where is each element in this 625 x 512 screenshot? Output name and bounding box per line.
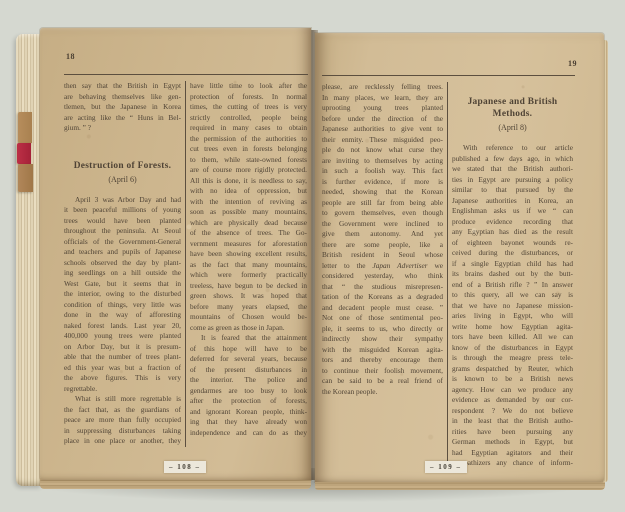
text-line: ple, it seems to us, who directly or	[322, 324, 443, 335]
text-segment: produce evidence recording that	[452, 217, 573, 226]
text-segment: ple, it seems to us, who directly or	[322, 324, 443, 333]
text-line: produce evidence recording that	[452, 217, 573, 228]
text-line: trees would have been planted	[64, 216, 181, 227]
text-segment: What is still more regrettable is	[75, 394, 181, 403]
text-line: and decadent people must cease. ”	[322, 303, 443, 314]
book-photo-scene: 18 then say that the British in Egyptare…	[0, 0, 625, 512]
text-segment: schools observed the day by plant-	[64, 258, 181, 267]
text-segment: regrettable.	[64, 384, 97, 393]
header-rule	[64, 74, 308, 75]
text-line: tors and thereby encourage them	[322, 355, 443, 366]
text-segment: aries living in Egypt, who will	[452, 311, 573, 320]
text-line: the Korean people.	[322, 387, 443, 398]
text-segment: (April 8)	[498, 123, 526, 132]
footer-page-label: – 109 –	[425, 461, 467, 473]
text-segment: throughout the peninsula. At Seoul	[64, 226, 181, 235]
red-bookmark-tab	[17, 143, 31, 164]
folio-number: 18	[66, 52, 75, 61]
text-line: treeless, have begun to be decked in	[190, 281, 307, 292]
text-segment: there are some people, like a	[322, 240, 443, 249]
text-line: have been showing excellent results,	[190, 249, 307, 260]
text-segment: ceived during the disturbances, or	[452, 248, 573, 257]
text-line: officials of the Government-General	[64, 237, 181, 248]
text-line: Englishman asks us if we “ can	[452, 206, 573, 217]
heading: Japanese and BritishMethods.	[452, 96, 573, 120]
text-segment: the Korean people.	[322, 387, 377, 396]
text-segment: trees would have been planted	[64, 216, 181, 225]
text-line: letter to the Japan Advertiser we	[322, 261, 443, 272]
text-segment: able that the number of trees plant-	[64, 352, 181, 361]
text-segment: with the intention of reviving as	[190, 197, 307, 206]
folio-number: 19	[568, 59, 577, 68]
text-segment: agency. How can we produce any	[452, 385, 573, 394]
text-line: any Egyptian has died as the result	[452, 227, 573, 238]
text-line: ties in Egypt are pursuing a policy	[452, 175, 573, 186]
text-segment: April 3 was Arbor Day and had	[75, 195, 181, 204]
text-line: with no idea of oppression, but	[190, 186, 307, 197]
text-segment: the permission of the authorities to	[190, 134, 307, 143]
left-page: 18 then say that the British in Egyptare…	[40, 28, 311, 480]
text-segment: to continue their foolish movement,	[322, 366, 443, 375]
text-line: the interior. The police and	[190, 375, 307, 386]
text-segment: Japanese and British	[468, 97, 558, 107]
text-segment: give them autonomy. And yet	[322, 229, 443, 238]
text-line: are of course more rigidly protected.	[190, 165, 307, 176]
text-segment: done in the way of afforesting	[64, 310, 181, 319]
page-column: have little time to look after theprotec…	[190, 81, 307, 447]
text-line: aries living in Egypt, who will	[452, 311, 573, 322]
text-segment: tors have been killed. All we can	[452, 332, 573, 341]
text-line: It is feared that the attainment	[190, 333, 307, 344]
text-line: tation of the Koreans as a degraded	[322, 292, 443, 303]
text-segment: are inviting to themselves by acting	[322, 156, 443, 165]
text-segment: we stated that the British authori-	[452, 164, 573, 173]
text-line: its brains dashed out by the butt-	[452, 269, 573, 280]
text-segment: ple do not know what curse they	[322, 145, 443, 154]
text-segment: in the least that the British autho-	[452, 416, 573, 425]
text-line: on Arbor Day, but it is presum-	[64, 342, 181, 353]
text-line: indirectly show their sympathy	[322, 334, 443, 345]
italic-text: Japan Advertiser	[372, 261, 427, 270]
text-line: Destruction of Forests.	[64, 160, 181, 172]
left-page-edge-stack	[16, 34, 42, 486]
text-segment: naked forest lands. Last year 20,	[64, 321, 181, 330]
text-line: know of the disturbances in Egypt	[452, 343, 573, 354]
text-segment: times, the cutting of trees is very	[190, 102, 307, 111]
paragraph: April 3 was Arbor Day and hadit been pea…	[64, 195, 181, 395]
column-rule	[185, 81, 186, 447]
paragraph: What is still more regrettable isthe fac…	[64, 394, 181, 447]
text-segment: come as green as those in Japan.	[190, 323, 285, 332]
text-line: able that the number of trees plant-	[64, 352, 181, 363]
text-segment: In many places, we learn, they are	[322, 93, 443, 102]
text-line: needed, showing that the Korean	[322, 187, 443, 198]
text-line: rities have been pursuing any	[452, 427, 573, 438]
text-line: April 3 was Arbor Day and had	[64, 195, 181, 206]
text-line: can be said to be a real friend of	[322, 376, 443, 387]
text-line: evidence as demanded by our cor-	[452, 395, 573, 406]
text-segment: its brains dashed out by the butt-	[452, 269, 573, 278]
text-line: What is still more regrettable is	[64, 394, 181, 405]
text-segment: as the fact that many mountains,	[190, 260, 307, 269]
text-line: German methods in Egypt, but	[452, 437, 573, 448]
text-line: strictly controlled, people being	[190, 113, 307, 124]
text-segment: the interior. The police and	[190, 375, 307, 384]
text-segment: protection of forests. In normal	[190, 92, 307, 101]
text-line: soon as possible many mountains,	[190, 207, 307, 218]
text-line: the interior, owing to the disturbed	[64, 289, 181, 300]
text-line: have little time to look after the	[190, 81, 307, 92]
text-segment: in such a foolish way. This fact	[322, 166, 443, 175]
text-line: with the intention of reviving as	[190, 197, 307, 208]
text-line: of eighteen bayonet wounds re-	[452, 238, 573, 249]
text-line: times, the cutting of trees is very	[190, 102, 307, 113]
text-line: ceived during the disturbances, or	[452, 248, 573, 259]
heading: Destruction of Forests.	[64, 160, 181, 172]
text-segment: before many years elapsed, the	[190, 302, 307, 311]
text-line: respondent ? We do not believe	[452, 406, 573, 417]
text-line: done in the way of afforesting	[64, 310, 181, 321]
text-line: is through the meagre press tele-	[452, 353, 573, 364]
text-line: deferred for several years, because	[190, 354, 307, 365]
text-line: agency. How can we produce any	[452, 385, 573, 396]
text-segment: considered yesterday, who think	[322, 271, 443, 280]
text-segment: are of course more rigidly protected.	[190, 165, 307, 174]
page-column: then say that the British in Egyptare be…	[64, 81, 181, 447]
text-line: that “ the studious misrepresen-	[322, 282, 443, 293]
text-line: Not one of those sentimental peo-	[322, 313, 443, 324]
text-segment: respondent ? We do not believe	[452, 406, 573, 415]
paragraph: With reference to our articlepublished a…	[452, 143, 573, 469]
text-segment: cut trees even in forests belonging	[190, 144, 307, 153]
text-segment: needed, showing that the Korean	[322, 187, 443, 196]
text-segment: deferred for several years, because	[190, 354, 307, 363]
dateline: (April 8)	[452, 123, 573, 134]
text-segment: It is feared that the attainment	[201, 333, 307, 342]
text-line: to this query, all we can say is	[452, 290, 573, 301]
text-line: ing seedlings on a hill outside the	[64, 268, 181, 279]
text-segment: strictly controlled, people being	[190, 113, 307, 122]
text-line: come as green as those in Japan.	[190, 323, 307, 334]
text-segment: Methods.	[493, 109, 533, 119]
text-segment: ties in Egypt are pursuing a policy	[452, 175, 573, 184]
text-segment: tation of the Koreans as a degraded	[322, 292, 443, 301]
text-line: sympathizers any chance of inform-	[452, 458, 573, 469]
text-segment: of this hope will have to be	[190, 344, 307, 353]
text-line: of the absence of trees. The Go-	[190, 228, 307, 239]
text-segment: had Egyptian agitators and their	[452, 448, 573, 457]
text-segment: to this query, all we can say is	[452, 290, 573, 299]
text-segment: peace are more than fully occupied	[64, 415, 181, 424]
text-segment: place in one place or another, they	[64, 436, 181, 445]
text-segment: have been showing excellent results,	[190, 249, 307, 258]
text-line: cut trees even in forests belonging	[190, 144, 307, 155]
text-line: are behaving themselves like gen-	[64, 92, 181, 103]
text-segment: have little time to look after the	[190, 81, 307, 90]
text-line: mountains of Chosen would be-	[190, 312, 307, 323]
text-segment: West Gate, but it seems that in	[64, 279, 181, 288]
column-rule	[447, 82, 448, 469]
text-segment: vernment measures for aforestation	[190, 239, 307, 248]
text-line: throughout the peninsula. At Seoul	[64, 226, 181, 237]
text-segment: gium. ” ?	[64, 123, 91, 132]
text-line: the fact that, as the guardians of	[64, 405, 181, 416]
tan-bookmark-tab-upper	[18, 112, 32, 143]
text-line: All this is done, it is needless to say,	[190, 176, 307, 187]
text-line: to them, while state-owned forests	[190, 155, 307, 166]
text-segment: that we have no Japanese mission-	[452, 301, 573, 310]
text-segment: with the misguided Korean agita-	[322, 345, 443, 354]
text-segment: and decadent people must cease. ”	[322, 303, 443, 312]
text-line: end of a British rifle ? ” In answer	[452, 280, 573, 291]
text-line: people are still far from being able	[322, 198, 443, 209]
text-segment: German methods in Egypt, but	[452, 437, 573, 446]
text-segment: end of a British rifle ? ” In answer	[452, 280, 573, 289]
text-segment: know of the disturbances in Egypt	[452, 343, 573, 352]
text-segment: 400,000 young trees were planted	[64, 331, 181, 340]
text-segment: is known to be a British news	[452, 374, 573, 383]
text-segment: it been peaceful millions of young	[64, 205, 181, 214]
text-line: to govern themselves, even though	[322, 208, 443, 219]
text-segment: Not one of those sentimental peo-	[322, 313, 443, 322]
text-line: Methods.	[452, 108, 573, 120]
left-page-columns: then say that the British in Egyptare be…	[64, 81, 308, 447]
text-segment: in suppressing disturbances taking	[64, 426, 181, 435]
paragraph: please, are recklessly felling trees.In …	[322, 82, 443, 397]
text-line: Japanese authorities in Korea, an	[452, 196, 573, 207]
text-segment: Japanese authorities to give vent to	[322, 124, 443, 133]
text-segment: condition of things, very little was	[64, 300, 181, 309]
text-line: there are some people, like a	[322, 240, 443, 251]
text-line: are inviting to themselves by acting	[322, 156, 443, 167]
text-segment: the fact that, as the guardians of	[64, 405, 181, 414]
text-segment: which were formerly practically	[190, 270, 307, 279]
text-line: peace are more than fully occupied	[64, 415, 181, 426]
text-segment: independence and can do as they	[190, 428, 307, 437]
text-line: are acting like the “ Huns in Bel-	[64, 113, 181, 124]
dateline: (April 6)	[64, 175, 181, 186]
text-line: with the misguided Korean agita-	[322, 345, 443, 356]
text-segment: ed this year was but a fraction of	[64, 363, 181, 372]
text-line: green shows. It was hoped that	[190, 291, 307, 302]
text-line: gium. ” ?	[64, 123, 181, 134]
text-segment: All this is done, it is needless to say,	[190, 176, 307, 185]
text-segment: that “ the studious misrepresen-	[322, 282, 443, 291]
text-line: please, are recklessly felling trees.	[322, 82, 443, 93]
text-line: Japanese authorities to give vent to	[322, 124, 443, 135]
text-line: naked forest lands. Last year 20,	[64, 321, 181, 332]
text-line: the permission of the authorities to	[190, 134, 307, 145]
text-line: of the present disturbances in	[190, 365, 307, 376]
left-page-content: then say that the British in Egyptare be…	[64, 74, 308, 447]
text-line: grams despatched by Reuter, which	[452, 364, 573, 375]
text-segment: rities have been pursuing any	[452, 427, 573, 436]
text-segment: people are still far from being able	[322, 198, 443, 207]
text-line: give them autonomy. And yet	[322, 229, 443, 240]
text-line: in the least that the British autho-	[452, 416, 573, 427]
text-line: in such a foolish way. This fact	[322, 166, 443, 177]
text-line: (April 8)	[452, 123, 573, 134]
page-column: please, are recklessly felling trees.In …	[322, 82, 443, 469]
text-line: regrettable.	[64, 384, 181, 395]
text-segment: ing seedlings on a hill outside the	[64, 268, 181, 277]
text-segment: Englishman asks us if we “ can	[452, 206, 573, 215]
text-segment: grams despatched by Reuter, which	[452, 364, 573, 373]
text-line: ing that they have already won	[190, 417, 307, 428]
text-segment: is further evidence, if more is	[322, 177, 443, 186]
text-segment: required in many cases to obtain	[190, 123, 307, 132]
text-segment: which are physically dead because	[190, 218, 307, 227]
paragraph: It is feared that the attainmentof this …	[190, 333, 307, 438]
text-segment: Destruction of Forests.	[74, 161, 172, 171]
text-segment: treeless, have begun to be decked in	[190, 281, 307, 290]
text-line: which were formerly practically	[190, 270, 307, 281]
text-line: ed this year was but a fraction of	[64, 363, 181, 374]
text-line: that we have no Japanese mission-	[452, 301, 573, 312]
right-page: 19 please, are recklessly felling trees.…	[315, 33, 604, 482]
text-line: to continue their foolish movement,	[322, 366, 443, 377]
text-line: is known to be a British news	[452, 374, 573, 385]
text-segment: Japanese authorities in Korea, an	[452, 196, 573, 205]
text-line: condition of things, very little was	[64, 300, 181, 311]
text-segment: are behaving themselves like gen-	[64, 92, 181, 101]
text-line: Japanese and British	[452, 96, 573, 108]
text-line: in suppressing disturbances taking	[64, 426, 181, 437]
text-segment: the above figures. This is very	[64, 373, 181, 382]
text-segment: their enmity. These misguided peo-	[322, 135, 443, 144]
text-line: West Gate, but it seems that in	[64, 279, 181, 290]
text-segment: and ignorant Korean people, think-	[190, 407, 307, 416]
text-segment: before under the direction of the	[322, 114, 443, 123]
text-segment: can be said to be a real friend of	[322, 376, 443, 385]
text-segment: similar to that pursued by the	[452, 185, 573, 194]
paragraph: then say that the British in Egyptare be…	[64, 81, 181, 134]
text-segment: any Egyptian has died as the result	[452, 227, 573, 236]
text-line: it been peaceful millions of young	[64, 205, 181, 216]
text-segment: write home how Egyptian agita-	[452, 322, 573, 331]
text-line: and ignorant Korean people, think-	[190, 407, 307, 418]
text-line: similar to that pursued by the	[452, 185, 573, 196]
text-segment: officials of the Government-General	[64, 237, 181, 246]
text-line: published a few days ago, in which	[452, 154, 573, 165]
text-line: British resident in Seoul whose	[322, 250, 443, 261]
text-line: their enmity. These misguided peo-	[322, 135, 443, 146]
text-line: had Egyptian agitators and their	[452, 448, 573, 459]
right-page-columns: please, are recklessly felling trees.In …	[322, 82, 575, 469]
text-line: we stated that the British authori-	[452, 164, 573, 175]
text-segment: then say that the British in Egypt	[64, 81, 181, 90]
text-segment: of the present disturbances in	[190, 365, 307, 374]
text-segment: tors and thereby encourage them	[322, 355, 443, 364]
text-line: vernment measures for aforestation	[190, 239, 307, 250]
tan-bookmark-tab-lower	[18, 164, 33, 192]
text-segment: if a single Egyptian child has had	[452, 259, 573, 268]
text-segment: gendarmes are too busy to look	[190, 386, 307, 395]
text-line: required in many cases to obtain	[190, 123, 307, 134]
page-column: Japanese and BritishMethods.(April 8)Wit…	[452, 82, 573, 469]
text-line: ple do not know what curse they	[322, 145, 443, 156]
text-line: uprooting young trees planted	[322, 103, 443, 114]
text-line: protection of forests. In normal	[190, 92, 307, 103]
text-line: and teachers and pupils of Japanese	[64, 247, 181, 258]
text-segment: tlemen, but the Japanese in Korea	[64, 102, 181, 111]
text-line: considered yesterday, who think	[322, 271, 443, 282]
text-segment: and teachers and pupils of Japanese	[64, 247, 181, 256]
text-line: 400,000 young trees were planted	[64, 331, 181, 342]
text-line: before many years elapsed, the	[190, 302, 307, 313]
text-line: which are physically dead because	[190, 218, 307, 229]
text-segment: letter to the	[322, 261, 372, 270]
text-line: (April 6)	[64, 175, 181, 186]
text-line: schools observed the day by plant-	[64, 258, 181, 269]
text-segment: British resident in Seoul whose	[322, 250, 443, 259]
text-segment: (April 6)	[108, 175, 136, 184]
text-segment: we	[428, 261, 443, 270]
text-line: With reference to our article	[452, 143, 573, 154]
text-line: is further evidence, if more is	[322, 177, 443, 188]
text-segment: sympathizers any chance of inform-	[452, 458, 573, 467]
text-segment: please, are recklessly felling trees.	[322, 82, 443, 91]
text-segment: indirectly show their sympathy	[322, 334, 443, 343]
text-line: after the protection of forests,	[190, 396, 307, 407]
text-line: tlemen, but the Japanese in Korea	[64, 102, 181, 113]
text-segment: With reference to our article	[463, 143, 573, 152]
text-segment: the interior, owing to the disturbed	[64, 289, 181, 298]
text-segment: is through the meagre press tele-	[452, 353, 573, 362]
text-line: if a single Egyptian child has had	[452, 259, 573, 270]
right-page-content: please, are recklessly felling trees.In …	[322, 75, 575, 469]
text-line: independence and can do as they	[190, 428, 307, 439]
text-segment: on Arbor Day, but it is presum-	[64, 342, 181, 351]
text-segment: of the absence of trees. The Go-	[190, 228, 307, 237]
text-segment: the Government were inclined to	[322, 219, 443, 228]
text-segment: with no idea of oppression, but	[190, 186, 307, 195]
text-segment: are acting like the “ Huns in Bel-	[64, 113, 181, 122]
text-segment: to govern themselves, even though	[322, 208, 443, 217]
text-segment: after the protection of forests,	[190, 396, 307, 405]
footer-page-label: – 108 –	[164, 461, 206, 473]
text-line: then say that the British in Egypt	[64, 81, 181, 92]
text-line: place in one place or another, they	[64, 436, 181, 447]
text-line: tors have been killed. All we can	[452, 332, 573, 343]
text-segment: of eighteen bayonet wounds re-	[452, 238, 573, 247]
text-line: In many places, we learn, they are	[322, 93, 443, 104]
right-page-bottom-edge	[315, 481, 605, 490]
text-line: of this hope will have to be	[190, 344, 307, 355]
text-line: as the fact that many mountains,	[190, 260, 307, 271]
text-segment: soon as possible many mountains,	[190, 207, 307, 216]
text-segment: ing that they have already won	[190, 417, 307, 426]
text-line: write home how Egyptian agita-	[452, 322, 573, 333]
text-line: the above figures. This is very	[64, 373, 181, 384]
text-segment: evidence as demanded by our cor-	[452, 395, 573, 404]
text-segment: green shows. It was hoped that	[190, 291, 307, 300]
text-segment: uprooting young trees planted	[322, 103, 443, 112]
text-segment: published a few days ago, in which	[452, 154, 573, 163]
text-line: the Government were inclined to	[322, 219, 443, 230]
header-rule	[322, 75, 575, 76]
text-segment: to them, while state-owned forests	[190, 155, 307, 164]
text-line: before under the direction of the	[322, 114, 443, 125]
paragraph: have little time to look after theprotec…	[190, 81, 307, 333]
text-segment: mountains of Chosen would be-	[190, 312, 307, 321]
text-line: gendarmes are too busy to look	[190, 386, 307, 397]
